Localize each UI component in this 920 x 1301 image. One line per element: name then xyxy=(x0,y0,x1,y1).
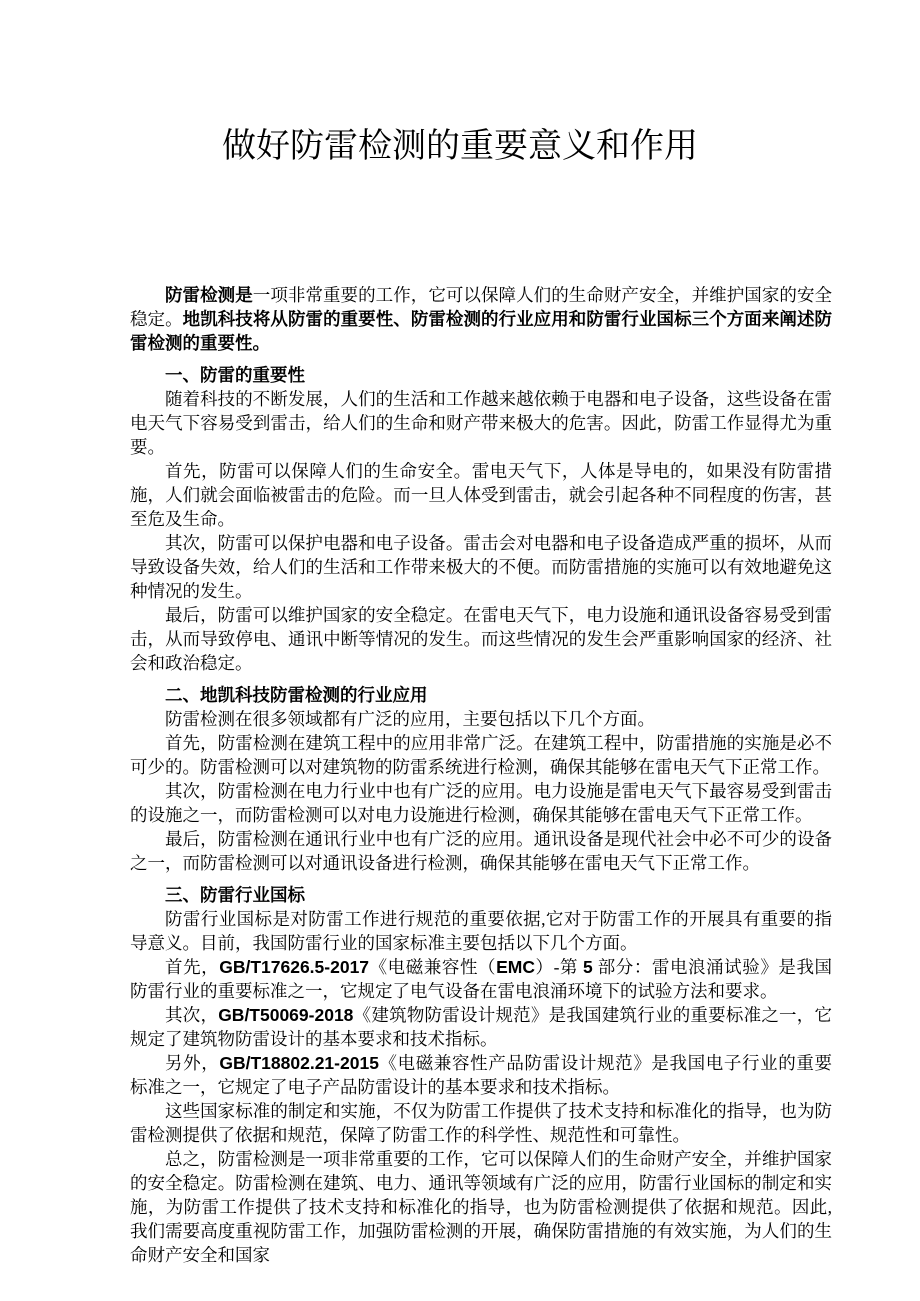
text-run: ）-第 xyxy=(535,957,583,977)
paragraph: 其次，防雷可以保护电器和电子设备。雷击会对电器和电子设备造成严重的损坏，从而导致… xyxy=(130,531,832,603)
paragraph: 最后，防雷检测在通讯行业中也有广泛的应用。通讯设备是现代社会中必不可少的设备之一… xyxy=(130,827,832,875)
text-run: 总之，防雷检测是一项非常重要的工作，它可以保障人们的生命财产安全，并维护国家的安… xyxy=(130,1149,832,1265)
document-body: 防雷检测是一项非常重要的工作，它可以保障人们的生命财产安全，并维护国家的安全稳定… xyxy=(130,283,832,1267)
text-run: 防雷检测在很多领域都有广泛的应用，主要包括以下几个方面。 xyxy=(165,709,655,729)
paragraph: 首先，防雷可以保障人们的生命安全。雷电天气下，人体是导电的，如果没有防雷措施，人… xyxy=(130,459,832,531)
document-page: 做好防雷检测的重要意义和作用 防雷检测是一项非常重要的工作，它可以保障人们的生命… xyxy=(0,0,920,1301)
text-run: 其次，防雷检测在电力行业中也有广泛的应用。电力设施是雷电天气下最容易受到雷击的设… xyxy=(130,781,832,825)
text-run: 最后，防雷可以维护国家的安全稳定。在雷电天气下，电力设施和通讯设备容易受到雷击，… xyxy=(130,605,832,673)
section-heading-3: 三、防雷行业国标 xyxy=(130,883,832,907)
paragraph: 最后，防雷可以维护国家的安全稳定。在雷电天气下，电力设施和通讯设备容易受到雷击，… xyxy=(130,603,832,675)
paragraph: 防雷检测在很多领域都有广泛的应用，主要包括以下几个方面。 xyxy=(130,707,832,731)
text-run: 这些国家标准的制定和实施，不仅为防雷工作提供了技术支持和标准化的指导，也为防雷检… xyxy=(130,1101,832,1145)
text-run: 其次， xyxy=(165,1005,218,1025)
standard-code: GB/T17626.5-2017 xyxy=(219,957,369,977)
standard-code: GB/T50069-2018 xyxy=(218,1005,353,1025)
paragraph-standard-emc: 首先，GB/T17626.5-2017《电磁兼容性（EMC）-第 5 部分：雷电… xyxy=(130,955,832,1003)
text-run: 随着科技的不断发展，人们的生活和工作越来越依赖于电器和电子设备，这些设备在雷电天… xyxy=(130,389,832,457)
paragraph: 这些国家标准的制定和实施，不仅为防雷工作提供了技术支持和标准化的指导，也为防雷检… xyxy=(130,1099,832,1147)
standard-code: GB/T18802.21-2015 xyxy=(219,1053,379,1073)
heading-text: 一、防雷的重要性 xyxy=(165,365,305,385)
text-run: 首先， xyxy=(165,957,219,977)
heading-text: 二、地凯科技防雷检测的行业应用 xyxy=(165,685,428,705)
text-run: 首先，防雷可以保障人们的生命安全。雷电天气下，人体是导电的，如果没有防雷措施，人… xyxy=(130,461,832,529)
text-run: 另外， xyxy=(165,1053,219,1073)
intro-paragraph: 防雷检测是一项非常重要的工作，它可以保障人们的生命财产安全，并维护国家的安全稳定… xyxy=(130,283,832,355)
conclusion-paragraph: 总之，防雷检测是一项非常重要的工作，它可以保障人们的生命财产安全，并维护国家的安… xyxy=(130,1147,832,1267)
paragraph: 防雷行业国标是对防雷工作进行规范的重要依据,它对于防雷工作的开展具有重要的指导意… xyxy=(130,907,832,955)
standard-code: EMC xyxy=(496,957,535,977)
text-run: 地凯科技将从防雷的重要性、防雷检测的行业应用和防雷行业国标三个方面来阐述防雷检测… xyxy=(130,309,832,353)
paragraph: 随着科技的不断发展，人们的生活和工作越来越依赖于电器和电子设备，这些设备在雷电天… xyxy=(130,387,832,459)
paragraph-standard-building: 其次，GB/T50069-2018《建筑物防雷设计规范》是我国建筑行业的重要标准… xyxy=(130,1003,832,1051)
text-run: 防雷行业国标是对防雷工作进行规范的重要依据,它对于防雷工作的开展具有重要的指导意… xyxy=(130,909,832,953)
text-run: 《电磁兼容性（ xyxy=(369,957,496,977)
paragraph: 其次，防雷检测在电力行业中也有广泛的应用。电力设施是雷电天气下最容易受到雷击的设… xyxy=(130,779,832,827)
standard-code: 5 xyxy=(583,957,593,977)
heading-text: 三、防雷行业国标 xyxy=(165,885,305,905)
text-run: 最后，防雷检测在通讯行业中也有广泛的应用。通讯设备是现代社会中必不可少的设备之一… xyxy=(130,829,832,873)
section-heading-1: 一、防雷的重要性 xyxy=(130,363,832,387)
document-title: 做好防雷检测的重要意义和作用 xyxy=(88,126,832,168)
text-run: 其次，防雷可以保护电器和电子设备。雷击会对电器和电子设备造成严重的损坏，从而导致… xyxy=(130,533,832,601)
paragraph-standard-electronics: 另外，GB/T18802.21-2015《电磁兼容性产品防雷设计规范》是我国电子… xyxy=(130,1051,832,1099)
text-run: 防雷检测是 xyxy=(165,285,253,305)
text-run: 首先，防雷检测在建筑工程中的应用非常广泛。在建筑工程中，防雷措施的实施是必不可少… xyxy=(130,733,832,777)
section-heading-2: 二、地凯科技防雷检测的行业应用 xyxy=(130,683,832,707)
paragraph: 首先，防雷检测在建筑工程中的应用非常广泛。在建筑工程中，防雷措施的实施是必不可少… xyxy=(130,731,832,779)
